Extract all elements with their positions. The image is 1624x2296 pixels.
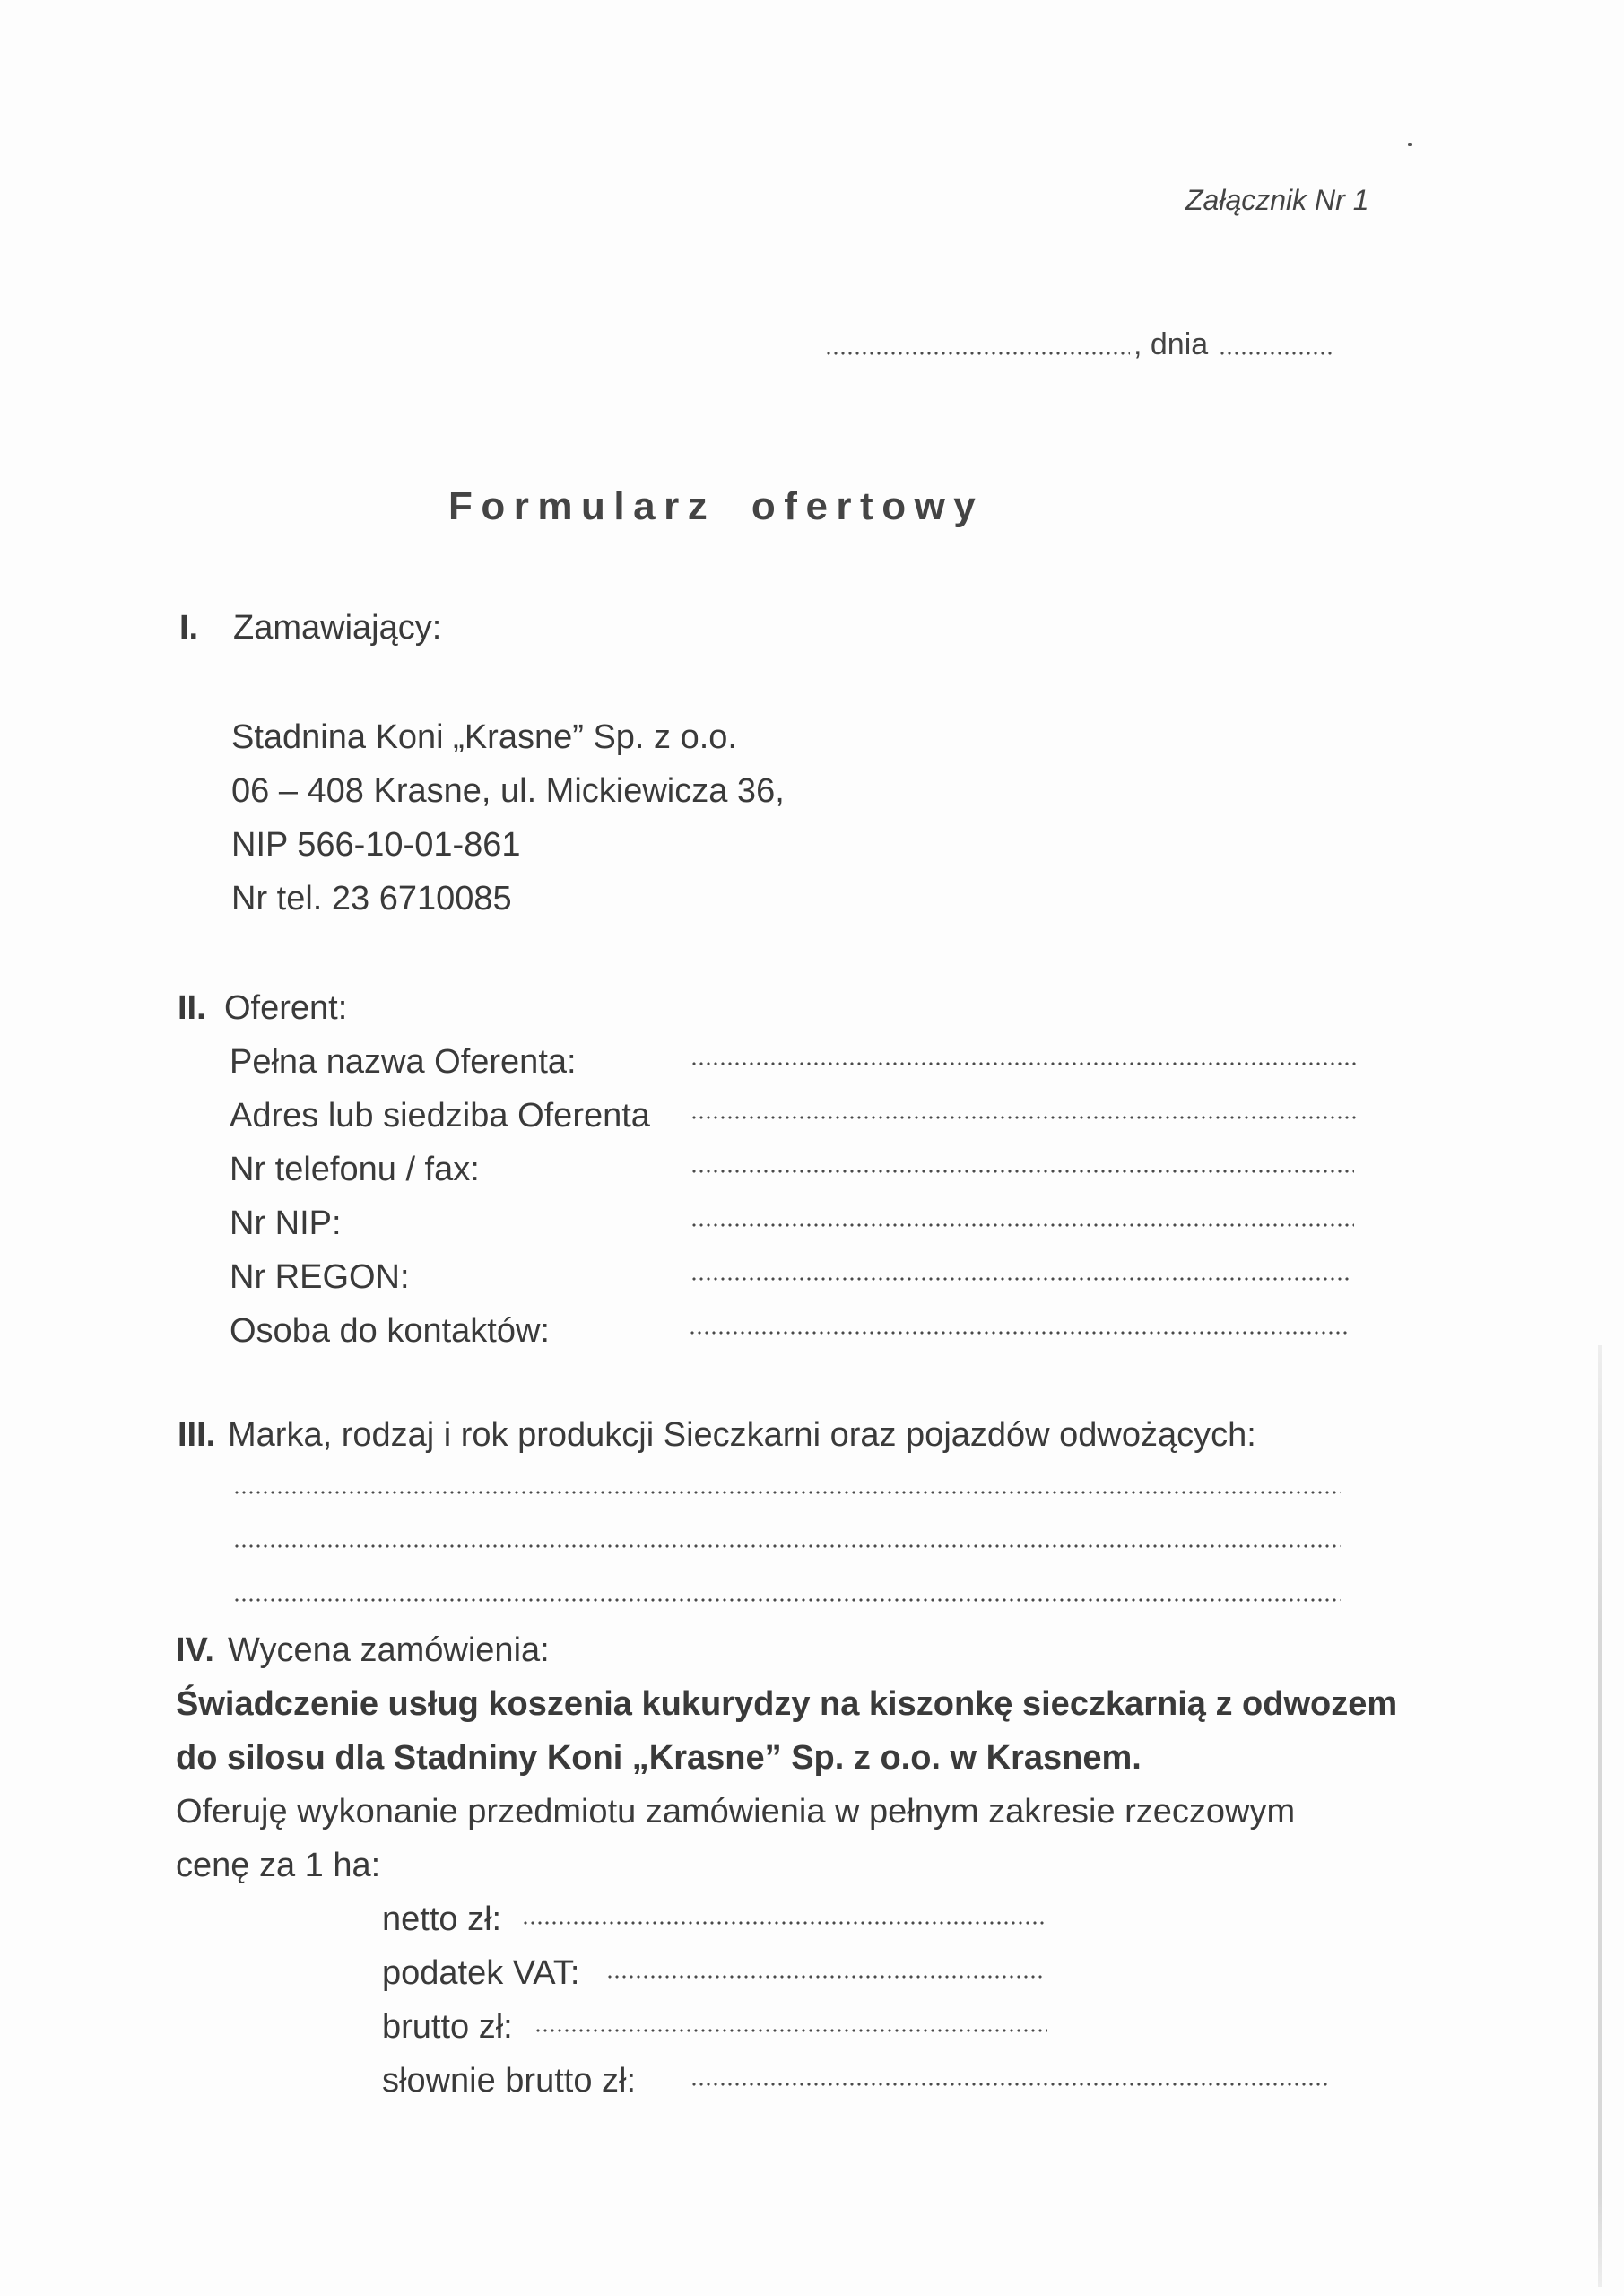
bidder-address-label: Adres lub siedziba Oferenta [230,1096,650,1135]
gross-in-words-label: słownie brutto zł: [382,2061,636,2100]
vat-field[interactable] [606,1975,1044,1979]
bidder-address-field[interactable] [690,1116,1357,1119]
place-field[interactable] [825,352,1130,355]
bidder-name-label: Pełna nazwa Oferenta: [230,1042,577,1082]
orderer-name: Stadnina Koni „Krasne” Sp. z o.o. [231,717,737,757]
net-price-label: netto zł: [382,1900,501,1939]
page-edge-shadow [1598,1345,1602,2287]
orderer-address: 06 – 408 Krasne, ul. Mickiewicza 36, [231,771,785,811]
date-field[interactable] [1219,352,1335,355]
section-1-heading: Zamawiający: [233,608,441,648]
bidder-phone-field[interactable] [690,1170,1354,1173]
equipment-line-3[interactable] [233,1598,1341,1602]
section-4-heading: Wycena zamówienia: [228,1631,550,1670]
bidder-nip-label: Nr NIP: [230,1204,342,1243]
bidder-regon-label: Nr REGON: [230,1257,410,1297]
bidder-nip-field[interactable] [690,1223,1354,1227]
bidder-name-field[interactable] [690,1062,1359,1065]
offer-statement-line-1: Oferuję wykonanie przedmiotu zamówienia … [176,1792,1295,1831]
gross-in-words-field[interactable] [690,2083,1331,2086]
section-3-heading: Marka, rodzaj i rok produkcji Sieczkarni… [228,1415,1256,1455]
vat-label: podatek VAT: [382,1953,579,1993]
equipment-line-1[interactable] [233,1491,1341,1494]
equipment-line-2[interactable] [233,1544,1341,1548]
gross-price-field[interactable] [534,2029,1047,2032]
orderer-nip: NIP 566-10-01-861 [231,825,521,865]
section-4-number: IV. [176,1631,214,1670]
bidder-regon-field[interactable] [690,1277,1352,1281]
page-title: Formularz ofertowy [448,484,984,529]
orderer-phone: Nr tel. 23 6710085 [231,879,512,918]
scan-speck [1408,143,1412,146]
section-3-number: III. [178,1415,215,1455]
net-price-field[interactable] [522,1921,1044,1925]
service-description-line-2: do silosu dla Stadniny Koni „Krasne” Sp.… [176,1738,1142,1778]
service-description-line-1: Świadczenie usług koszenia kukurydzy na … [176,1684,1397,1724]
place-date-line: , dnia [825,327,1335,362]
bidder-contact-field[interactable] [689,1331,1350,1335]
section-2-heading: Oferent: [224,988,347,1028]
bidder-contact-label: Osoba do kontaktów: [230,1311,550,1351]
gross-price-label: brutto zł: [382,2007,513,2047]
bidder-phone-label: Nr telefonu / fax: [230,1150,480,1189]
offer-statement-line-2: cenę za 1 ha: [176,1846,380,1885]
date-separator: , dnia [1133,327,1208,362]
attachment-label: Załącznik Nr 1 [1185,184,1369,217]
section-1-number: I. [179,608,198,648]
section-2-number: II. [178,988,206,1028]
